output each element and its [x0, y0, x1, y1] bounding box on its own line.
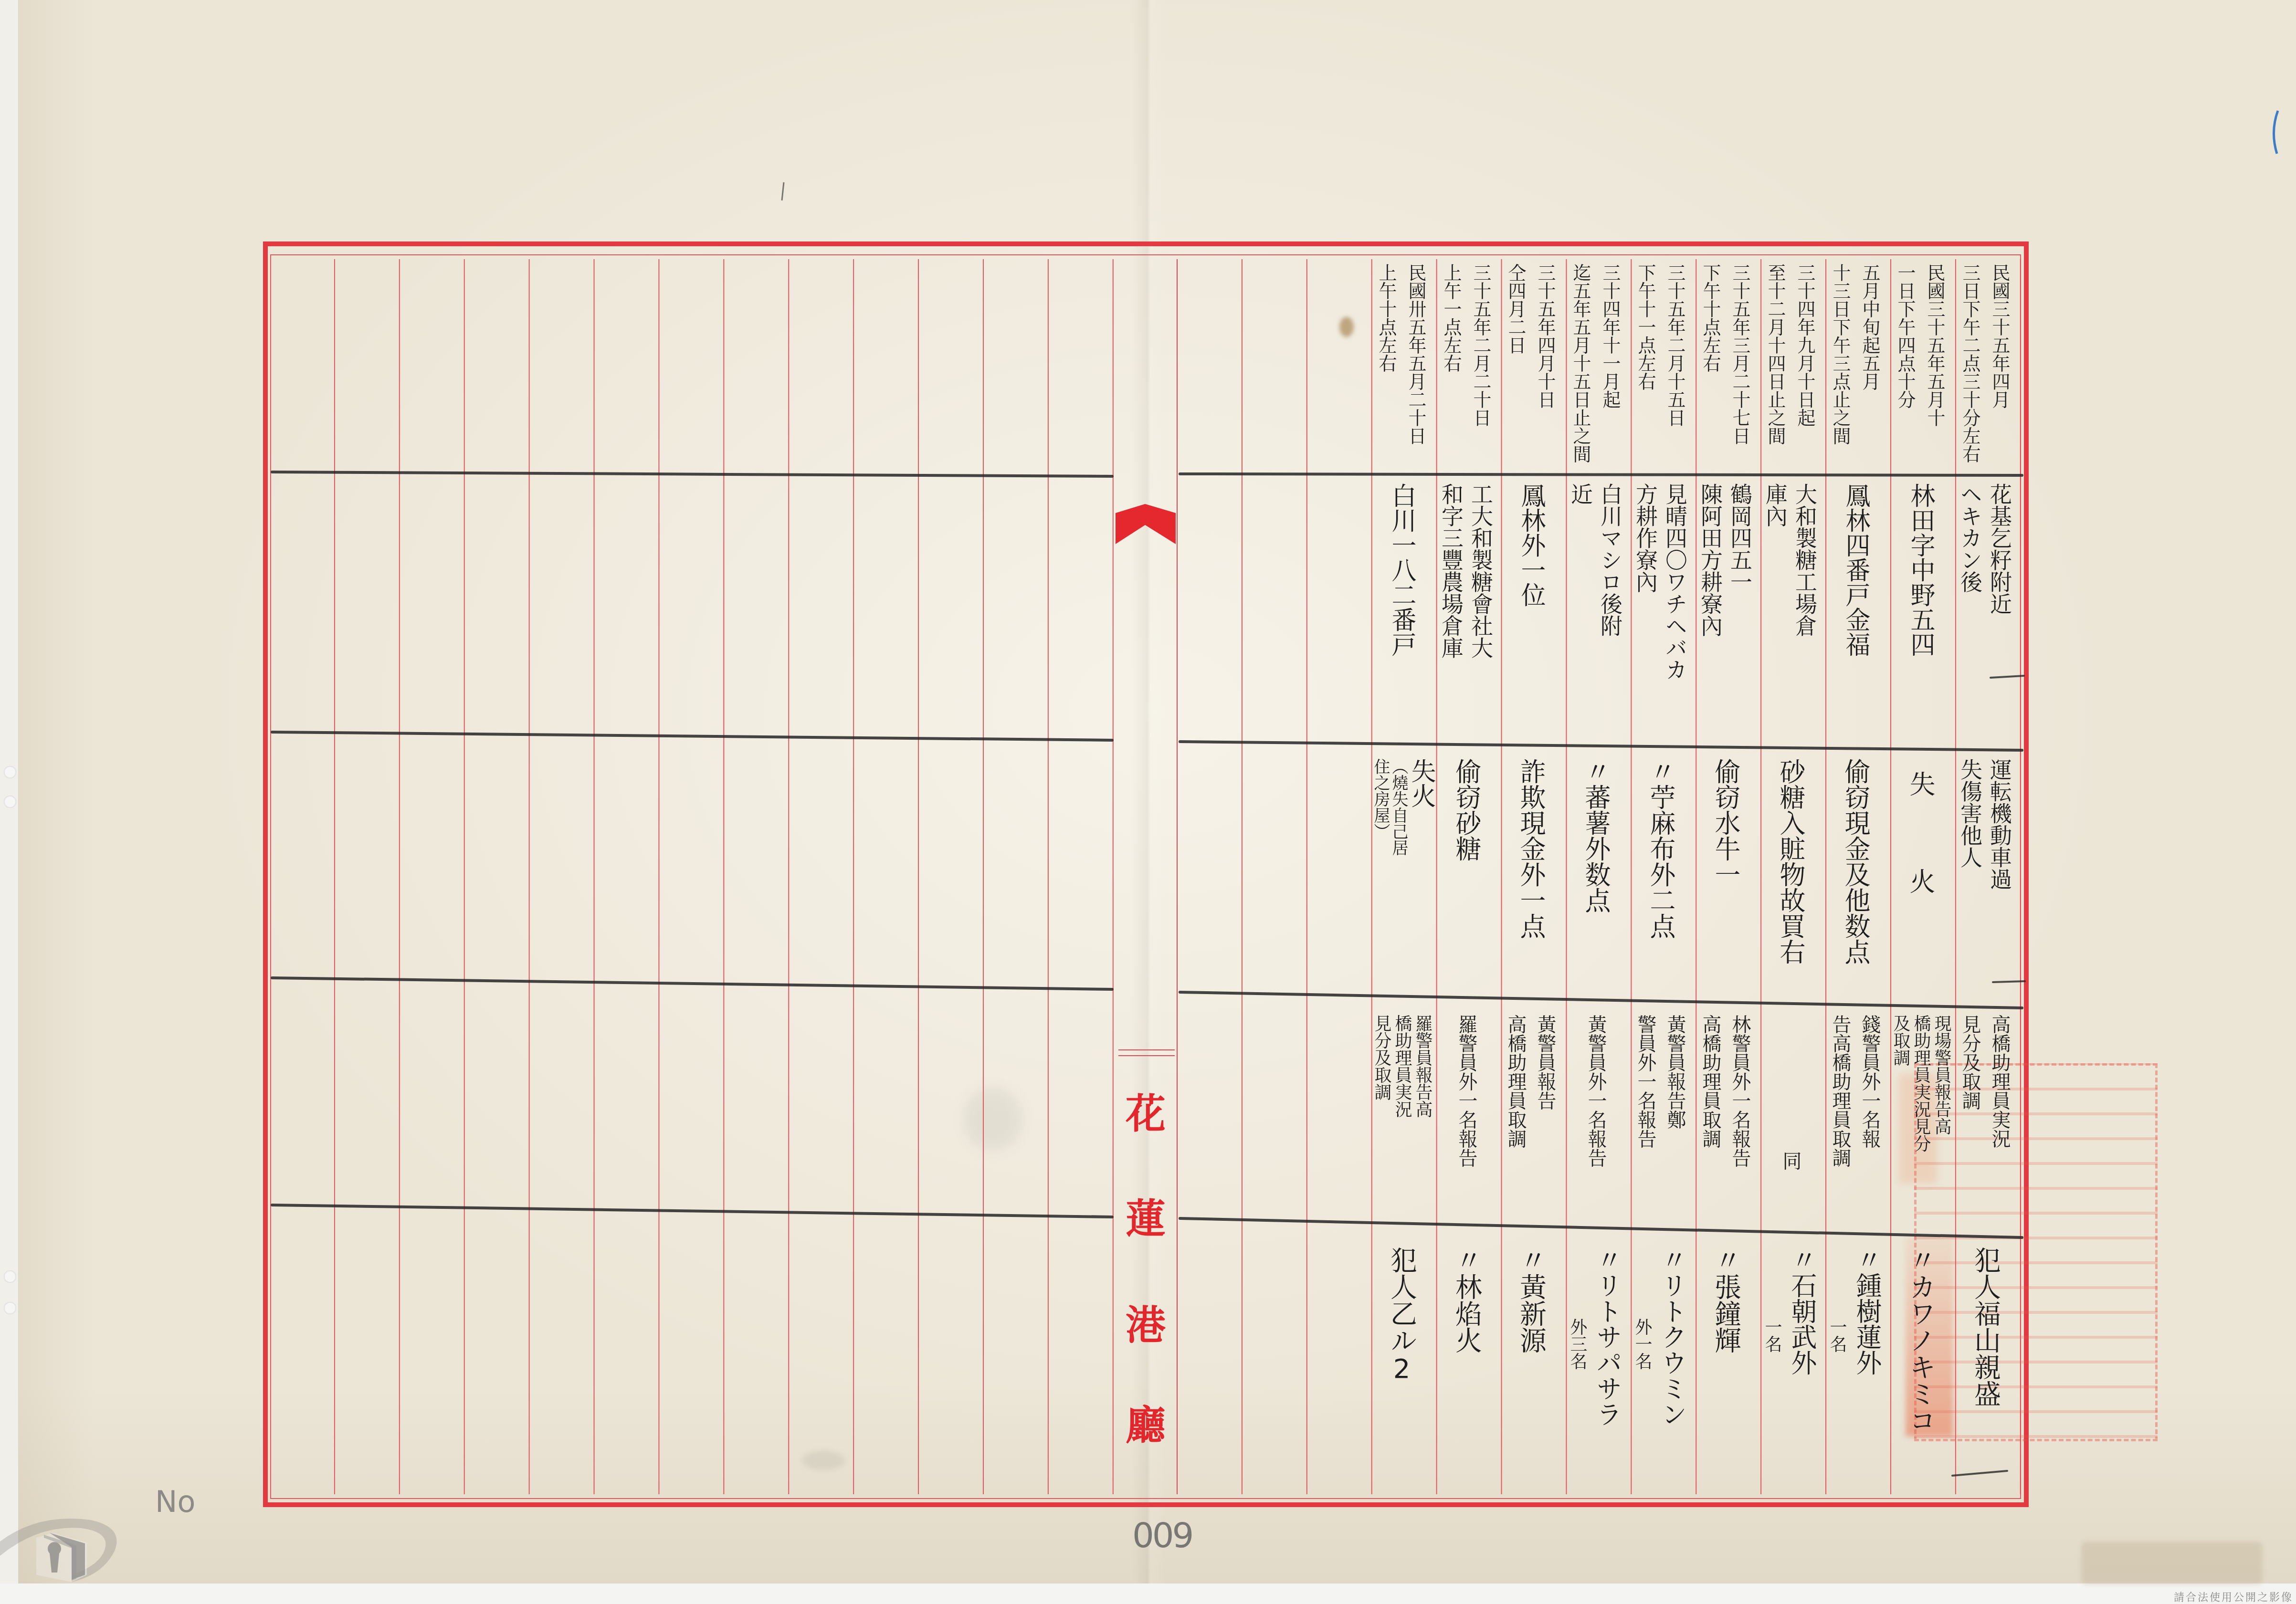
handling-line: 黃警員報告 [1530, 1015, 1560, 1232]
offense-line: 〃蕃薯外数点 [1566, 758, 1626, 1000]
handling-cell: 現場警員報告高 橋助理員実況見分 及取調 [1890, 1013, 1955, 1232]
location-cell: 白川一八二番戸 [1371, 481, 1436, 741]
location-line: 和字三豐農場倉庫 [1436, 483, 1466, 741]
datetime-line: 至十二月十四日止之間 [1760, 263, 1790, 472]
location-cell: 鳳林外一位 [1501, 481, 1566, 741]
page-number: 009 [1132, 1515, 1192, 1555]
handling-cell: 黃警員外一名報告 [1566, 1013, 1631, 1232]
location-cell: 鳳林四番戸金福 [1825, 481, 1890, 741]
handling-line: 告高橋助理員取調 [1825, 1015, 1855, 1232]
datetime-line: 三十五年四月十日 [1530, 263, 1560, 472]
offense-line: （燒失自己居 [1390, 758, 1408, 1000]
datetime-cell: 三十四年十一月起 迄五年五月十五日止之間 [1566, 262, 1631, 472]
suspect-cell: 〃林焰火 [1436, 1245, 1501, 1493]
handling-line: 羅警員外一名報告 [1436, 1015, 1496, 1232]
suspect-line: 犯人福山親盛 [1955, 1247, 2015, 1493]
watermark-text: 請合法使用公開之影像 [2174, 1589, 2293, 1604]
datetime-line: 民國卅五年五月二十日 [1401, 263, 1431, 472]
handling-line: 黃警員報告鄭 [1660, 1015, 1690, 1232]
record-column: 三十五年四月十日 仝四月二日 鳳林外一位 詐欺現金外一点 黃警員報告 高橋助理員… [1501, 0, 1566, 1503]
location-line: 近 [1566, 483, 1595, 741]
record-column: 三十四年九月十日起 至十二月十四日止之間 大和製糖工場倉 庫內 砂糖入賍物故買右… [1760, 0, 1825, 1503]
datetime-line: 仝四月二日 [1501, 263, 1530, 472]
handling-line: 林警員外一名報告 [1725, 1015, 1755, 1232]
datetime-line: 民國三十五年五月十 [1920, 263, 1949, 472]
offense-cell: 砂糖入賍物故買右 [1760, 756, 1825, 1000]
record-column: 五月中旬起五月 十三日下午三点止之間 鳳林四番戸金福 偷窃現金及他数点 錢警員外… [1825, 0, 1890, 1503]
handling-line: 警員外一名報告 [1631, 1015, 1660, 1232]
offense-line: 偷窃砂糖 [1436, 758, 1496, 1000]
offense-cell: 運転機動車過 失傷害他人 [1955, 756, 2020, 1000]
location-line: 庫內 [1760, 483, 1790, 741]
record-column: 三十五年二月二十日 上午一点左右 工大和製糖會社大 和字三豐農場倉庫 偷窃砂糖 … [1436, 0, 1501, 1503]
offense-line: 偷窃水牛一 [1696, 758, 1756, 1000]
datetime-line: 十三日下午三点止之間 [1825, 263, 1855, 472]
offense-line: 詐欺現金外一点 [1501, 758, 1561, 1000]
offense-cell: 〃蕃薯外数点 [1566, 756, 1631, 1000]
location-line: 鳳林外一位 [1501, 483, 1561, 741]
handling-line: 高橋助理員取調 [1696, 1015, 1725, 1232]
location-line: 陳阿田方耕寮內 [1696, 483, 1725, 741]
datetime-line: 迄五年五月十五日止之間 [1566, 263, 1595, 472]
suspect-cell: 〃リトクウミン 外一名 [1631, 1245, 1696, 1493]
location-cell: 大和製糖工場倉 庫內 [1760, 481, 1825, 741]
record-column: 民國卅五年五月二十日 上午十点左右 白川一八二番戸 失火 （燒失自己居 住之房屋… [1371, 0, 1436, 1503]
offense-line: 偷窃現金及他数点 [1825, 758, 1885, 1000]
suspect-cell: 〃鍾樹蓮外 一名 [1825, 1245, 1890, 1493]
datetime-line: 三十五年三月二十七日 [1725, 263, 1755, 472]
datetime-line: 五月中旬起五月 [1855, 263, 1885, 472]
datetime-line: 上午一点左右 [1436, 263, 1466, 472]
location-line: 鶴岡四五一 [1725, 483, 1755, 741]
location-line: ヘキカン後 [1955, 483, 1985, 741]
handling-line: 黃警員外一名報告 [1566, 1015, 1626, 1232]
offense-cell: 偷窃現金及他数点 [1825, 756, 1890, 1000]
offense-line: 失火 [1408, 758, 1434, 1000]
record-column: 三十四年十一月起 迄五年五月十五日止之間 白川マシロ後附 近 〃蕃薯外数点 黃警… [1566, 0, 1631, 1503]
archive-book-keyhole-icon [0, 1503, 124, 1584]
handling-cell: 林警員外一名報告 高橋助理員取調 [1696, 1013, 1760, 1232]
offense-cell: 偷窃水牛一 [1696, 756, 1760, 1000]
suspect-cell: 〃黃新源 [1501, 1245, 1566, 1493]
datetime-line: 下午十点左右 [1696, 263, 1725, 472]
handling-line: 及取調 [1890, 1015, 1911, 1232]
handling-cell: 羅警員報告高 橋助理員実況 見分及取調 [1371, 1013, 1436, 1232]
datetime-cell: 三十五年四月十日 仝四月二日 [1501, 262, 1566, 472]
offense-line: 失火 [1890, 771, 1950, 1000]
offense-line: 失傷害他人 [1955, 758, 1985, 1000]
datetime-cell: 民國三十五年四月 三日下午二点三十分左右 [1955, 262, 2020, 472]
location-cell: 林田字中野五四 [1890, 481, 1955, 741]
handling-line: 見分及取調 [1371, 1015, 1392, 1232]
location-line: 白川一八二番戸 [1371, 483, 1432, 741]
datetime-line: 民國三十五年四月 [1985, 263, 2014, 472]
datetime-cell: 三十四年九月十日起 至十二月十四日止之間 [1760, 262, 1825, 472]
record-column: 民國三十五年四月 三日下午二点三十分左右 花基乞籽附近 ヘキカン後 運転機動車過… [1955, 0, 2020, 1503]
suspect-line: 犯人乙ル2 [1371, 1247, 1432, 1493]
handling-line: 橋助理員実況見分 [1911, 1015, 1931, 1232]
suspect-line: 〃林焰火 [1436, 1247, 1496, 1493]
datetime-line: 一日下午四点十分 [1890, 263, 1920, 472]
handling-cell: 同 [1760, 1013, 1825, 1232]
handling-cell: 黃警員報告 高橋助理員取調 [1501, 1013, 1566, 1232]
handling-line: 同 [1760, 1151, 1821, 1232]
location-cell: 白川マシロ後附 近 [1566, 481, 1631, 741]
location-line: 鳳林四番戸金福 [1825, 483, 1885, 741]
datetime-cell: 五月中旬起五月 十三日下午三点止之間 [1825, 262, 1890, 472]
location-line: 白川マシロ後附 [1595, 483, 1625, 741]
datetime-cell: 三十五年二月二十日 上午一点左右 [1436, 262, 1501, 472]
location-cell: 花基乞籽附近 ヘキカン後 [1955, 481, 2020, 741]
suspect-line: 一名 [1760, 1247, 1783, 1493]
location-line: 工大和製糖會社大 [1466, 483, 1496, 741]
handling-line: 見分及取調 [1955, 1015, 1985, 1232]
handling-cell: 高橋助理員実況 見分及取調 [1955, 1013, 2020, 1232]
suspect-line: 〃リトクウミン [1654, 1247, 1691, 1493]
record-column: 三十五年三月二十七日 下午十点左右 鶴岡四五一 陳阿田方耕寮內 偷窃水牛一 林警… [1696, 0, 1760, 1503]
datetime-line: 下午十一点左右 [1631, 263, 1660, 472]
offense-cell: 偷窃砂糖 [1436, 756, 1501, 1000]
location-cell: 見晴四〇ワチヘバカ 方耕作寮內 [1631, 481, 1696, 741]
handling-line: 高橋助理員実況 [1985, 1015, 2014, 1232]
datetime-cell: 民國卅五年五月二十日 上午十点左右 [1371, 262, 1436, 472]
datetime-cell: 三十五年三月二十七日 下午十点左右 [1696, 262, 1760, 472]
suspect-line: 〃カワノキミコ [1890, 1247, 1950, 1493]
suspect-cell: 犯人乙ル2 [1371, 1245, 1436, 1493]
suspect-cell: 〃リトサパサラ 外三名 [1566, 1245, 1631, 1493]
datetime-line: 三十五年二月二十日 [1466, 263, 1496, 472]
datetime-cell: 民國三十五年五月十 一日下午四点十分 [1890, 262, 1955, 472]
datetime-line: 上午十点左右 [1371, 263, 1401, 472]
offense-line: 運転機動車過 [1985, 758, 2014, 1000]
suspect-cell: 〃石朝武外 一名 [1760, 1245, 1825, 1493]
offense-line: 住之房屋） [1371, 758, 1390, 1000]
datetime-line: 三十五年二月十五日 [1660, 263, 1690, 472]
handling-cell: 錢警員外一名報 告高橋助理員取調 [1825, 1013, 1890, 1232]
location-line: 方耕作寮內 [1631, 483, 1660, 741]
handling-line: 橋助理員実況 [1392, 1015, 1412, 1232]
suspect-line: 〃張鐘輝 [1696, 1247, 1756, 1493]
pencil-note: No [155, 1484, 195, 1519]
suspect-cell: 〃カワノキミコ [1890, 1245, 1955, 1493]
handling-line: 高橋助理員取調 [1501, 1015, 1530, 1232]
handling-line: 現場警員報告高 [1931, 1015, 1952, 1232]
record-column: 民國三十五年五月十 一日下午四点十分 林田字中野五四 失火 現場警員報告高 橋助… [1890, 0, 1955, 1503]
location-line: 花基乞籽附近 [1985, 483, 2014, 741]
suspect-line: 〃石朝武外 [1783, 1247, 1821, 1493]
suspect-line: 〃黃新源 [1501, 1247, 1561, 1493]
suspect-cell: 犯人福山親盛 [1955, 1245, 2020, 1493]
suspect-line: 一名 [1825, 1247, 1848, 1493]
record-column: 三十五年二月十五日 下午十一点左右 見晴四〇ワチヘバカ 方耕作寮內 〃苧麻布外二… [1631, 0, 1696, 1503]
location-cell: 工大和製糖會社大 和字三豐農場倉庫 [1436, 481, 1501, 741]
datetime-line: 三十四年九月十日起 [1790, 263, 1820, 472]
datetime-line: 三日下午二点三十分左右 [1955, 263, 1985, 472]
location-cell: 鶴岡四五一 陳阿田方耕寮內 [1696, 481, 1760, 741]
datetime-cell: 三十五年二月十五日 下午十一点左右 [1631, 262, 1696, 472]
blue-pencil-mark [2274, 111, 2278, 154]
handling-line: 羅警員報告高 [1412, 1015, 1433, 1232]
suspect-line: 外三名 [1566, 1247, 1589, 1493]
location-line: 大和製糖工場倉 [1790, 483, 1820, 741]
offense-cell: 失火 （燒失自己居 住之房屋） [1371, 756, 1436, 1000]
suspect-line: 外一名 [1631, 1247, 1654, 1493]
offense-cell: 〃苧麻布外二点 [1631, 756, 1696, 1000]
offense-cell: 失火 [1890, 756, 1955, 1000]
offense-line: 〃苧麻布外二点 [1631, 758, 1691, 1000]
handling-line: 錢警員外一名報 [1855, 1015, 1885, 1232]
suspect-line: 〃リトサパサラ [1589, 1247, 1626, 1493]
handling-cell: 羅警員外一名報告 [1436, 1013, 1501, 1232]
offense-line: 砂糖入賍物故買右 [1760, 758, 1821, 1000]
datetime-line: 三十四年十一月起 [1595, 263, 1625, 472]
handling-cell: 黃警員報告鄭 警員外一名報告 [1631, 1013, 1696, 1232]
suspect-line: 〃鍾樹蓮外 [1848, 1247, 1885, 1493]
suspect-cell: 〃張鐘輝 [1696, 1245, 1760, 1493]
location-line: 見晴四〇ワチヘバカ [1660, 483, 1690, 741]
location-line: 林田字中野五四 [1890, 483, 1950, 741]
offense-cell: 詐欺現金外一点 [1501, 756, 1566, 1000]
